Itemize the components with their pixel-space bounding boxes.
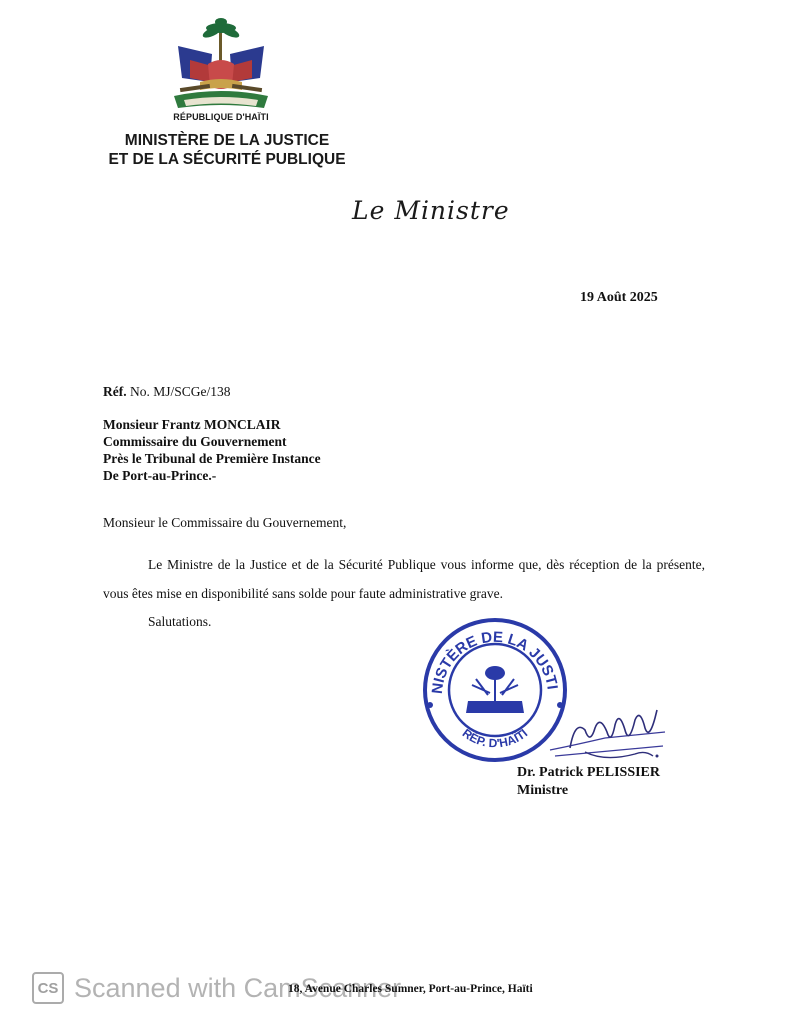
recipient-line-3: Près le Tribunal de Première Instance xyxy=(103,450,321,467)
ministry-name: MINISTÈRE DE LA JUSTICE ET DE LA SÉCURIT… xyxy=(96,131,358,169)
closing: Salutations. xyxy=(148,614,211,630)
svg-text:RÉP. D'HAÏTI: RÉP. D'HAÏTI xyxy=(460,726,531,751)
salutation: Monsieur le Commissaire du Gouvernement, xyxy=(103,515,346,531)
reference-value: No. MJ/SCGe/138 xyxy=(130,384,231,399)
signer-title: Ministre xyxy=(517,782,660,800)
signer-block: Dr. Patrick PELISSIER Ministre xyxy=(517,764,660,800)
country-label: RÉPUBLIQUE D'HAÏTI xyxy=(160,112,282,122)
footer-address: 18, Avenue Charles Sumner, Port-au-Princ… xyxy=(288,983,533,995)
recipient-block: Monsieur Frantz MONCLAIR Commissaire du … xyxy=(103,416,321,484)
handwritten-signature-icon xyxy=(545,690,675,770)
stamp-bottom-text: RÉP. D'HAÏTI xyxy=(460,726,531,751)
recipient-line-2: Commissaire du Gouvernement xyxy=(103,433,321,450)
letter-date: 19 Août 2025 xyxy=(580,290,658,306)
office-title: Le Ministre xyxy=(352,196,510,225)
reference-label: Réf. xyxy=(103,384,127,399)
letter-body: Le Ministre de la Justice et de la Sécur… xyxy=(103,550,705,608)
recipient-line-1: Monsieur Frantz MONCLAIR xyxy=(103,416,321,433)
recipient-line-4: De Port-au-Prince.- xyxy=(103,467,321,484)
reference-number: Réf. No. MJ/SCGe/138 xyxy=(103,384,231,400)
camscanner-logo-icon: CS xyxy=(32,972,64,1004)
ministry-line-1: MINISTÈRE DE LA JUSTICE xyxy=(96,131,358,150)
signer-name: Dr. Patrick PELISSIER xyxy=(517,764,660,782)
haiti-coat-of-arms-icon xyxy=(160,16,282,116)
ministry-line-2: ET DE LA SÉCURITÉ PUBLIQUE xyxy=(96,150,358,169)
